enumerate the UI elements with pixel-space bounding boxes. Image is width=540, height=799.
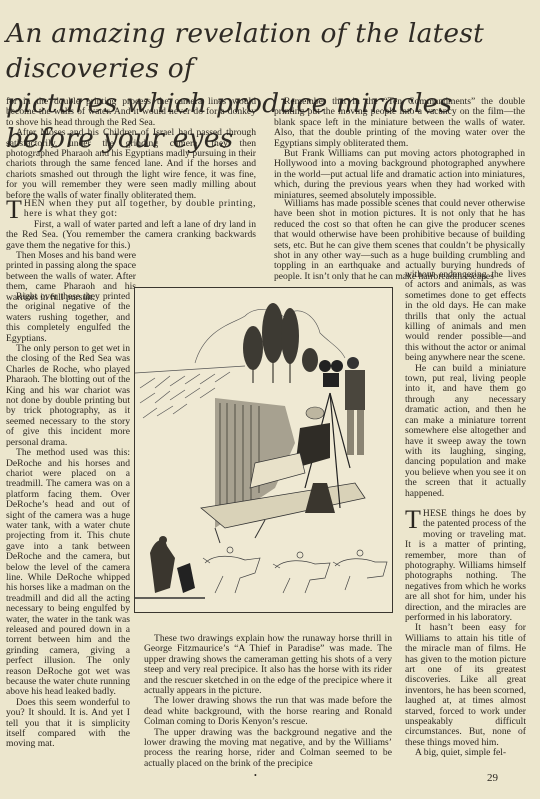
right-narrow-column: without endangering the lives of actors … [405,270,526,759]
figure-caption: These two drawings explain how the runaw… [144,634,392,769]
paragraph: First, a wall of water parted and left a… [6,220,256,251]
illustration-drawing [135,288,392,612]
page-mark: • [254,771,257,780]
paragraph: After Moses and his Children of Israel h… [6,128,256,201]
top-right-text-block: Remember that in the “Ten Commandments” … [274,97,525,201]
paragraph: But Frank Williams can put moving actors… [274,149,525,201]
paragraph: A big, quiet, simple fel- [405,748,526,758]
drop-cap: T [405,510,421,530]
paragraph: The only person to get wet in the closin… [6,344,130,448]
paragraph: He can build a miniature town, put real,… [405,364,526,499]
paragraph: Right over these they printed the origin… [6,292,130,344]
headline-line-1: An amazing revelation of the latest disc… [6,18,484,84]
paragraph: Remember that in the “Ten Commandments” … [274,97,525,149]
paragraph: for in the double printing process the c… [6,97,256,128]
dropcap-paragraph: THESE things he does by the patented pro… [405,509,526,623]
left-narrow-column: Right over these they printed the origin… [6,292,130,750]
illustration-figure [134,287,393,613]
paragraph: It hasn’t been easy for Williams to atta… [405,623,526,748]
drop-cap: T [6,200,22,220]
page-number: 29 [487,772,498,784]
caption-paragraph: These two drawings explain how the runaw… [144,634,392,696]
paragraph: Does this seem wonderful to you? It shou… [6,698,130,750]
caption-paragraph: The upper drawing was the background neg… [144,728,392,770]
paragraph: The method used was this: DeRoche and hi… [6,448,130,698]
paragraph: without endangering the lives of actors … [405,270,526,364]
caption-paragraph: The lower drawing shows the run that was… [144,696,392,727]
dropcap-paragraph: THEN when they put all together, by doub… [6,199,256,220]
top-left-text-block: for in the double printing process the c… [6,97,256,201]
